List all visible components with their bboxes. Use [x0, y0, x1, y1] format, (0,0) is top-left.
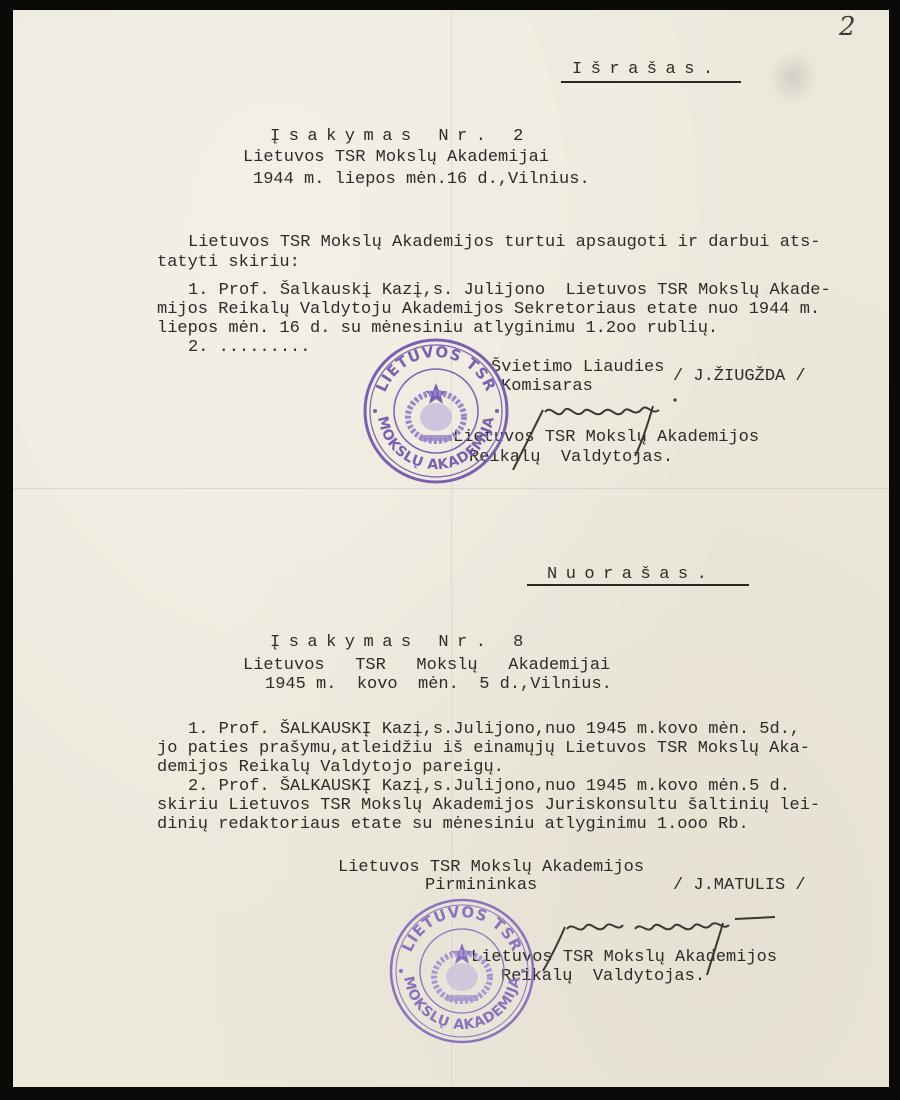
extract-order-title: Įsakymas Nr. 2	[270, 127, 532, 146]
copy-order-title: Įsakymas Nr. 8	[270, 633, 532, 652]
copy-body-line: dinių redaktoriaus etate su mėnesiniu at…	[157, 815, 749, 834]
extract-body-line: liepos mėn. 16 d. su mėnesiniu atlyginim…	[157, 319, 718, 338]
copy-signatory-title: Pirmininkas	[425, 876, 537, 895]
extract-body-line: tatyti skiriu:	[157, 253, 300, 272]
copy-addressee: Lietuvos TSR Mokslų Akademijai	[243, 656, 610, 675]
copy-signatory-title: Lietuvos TSR Mokslų Akademijos	[338, 858, 644, 877]
page-number: 2	[839, 12, 856, 42]
copy-body-line: 1. Prof. ŠALKAUSKĮ Kazį,s.Julijono,nuo 1…	[188, 720, 800, 739]
document-page: 2 Išrašas. Įsakymas Nr. 2 Lietuvos TSR M…	[13, 10, 889, 1087]
extract-body-line: 2. .........	[188, 338, 310, 357]
extract-body-line: Lietuvos TSR Mokslų Akademijos turtui ap…	[188, 233, 821, 252]
copy-body-line: demijos Reikalų Valdytojo pareigų.	[157, 758, 504, 777]
copy-date-place: 1945 m. kovo mėn. 5 d.,Vilnius.	[265, 675, 612, 694]
ink-smudge	[768, 50, 818, 105]
copy-body-line: skiriu Lietuvos TSR Mokslų Akademijos Ju…	[157, 796, 820, 815]
official-stamp: LIETUVOS TSR MOKSLŲ AKADEMIJA	[388, 897, 536, 1045]
extract-addressee: Lietuvos TSR Mokslų Akademijai	[243, 148, 549, 167]
copy-signatory-name: / J.MATULIS /	[673, 876, 806, 895]
extract-heading-underline	[561, 81, 741, 83]
handwritten-signature	[513, 905, 783, 980]
extract-signatory-name: / J.ŽIUGŽDA /	[673, 367, 806, 386]
copy-body-line: 2. Prof. ŠALKAUSKĮ Kazį,s.Julijono,nuo 1…	[188, 777, 790, 796]
copy-heading: Nuorašas.	[547, 565, 715, 584]
copy-body-line: jo paties prašymu,atleidžiu iš einamųjų …	[157, 739, 810, 758]
extract-body-line: mijos Reikalų Valdytoju Akademijos Sekre…	[157, 300, 820, 319]
copy-heading-underline	[527, 584, 749, 586]
extract-signatory-title: Švietimo Liaudies	[491, 358, 664, 377]
extract-date-place: 1944 m. liepos mėn.16 d.,Vilnius.	[253, 170, 590, 189]
official-stamp: LIETUVOS TSR MOKSLŲ AKADEMIJA	[362, 337, 510, 485]
extract-body-line: 1. Prof. Šalkauskį Kazį,s. Julijono Liet…	[188, 281, 831, 300]
extract-heading: Išrašas.	[572, 60, 722, 79]
